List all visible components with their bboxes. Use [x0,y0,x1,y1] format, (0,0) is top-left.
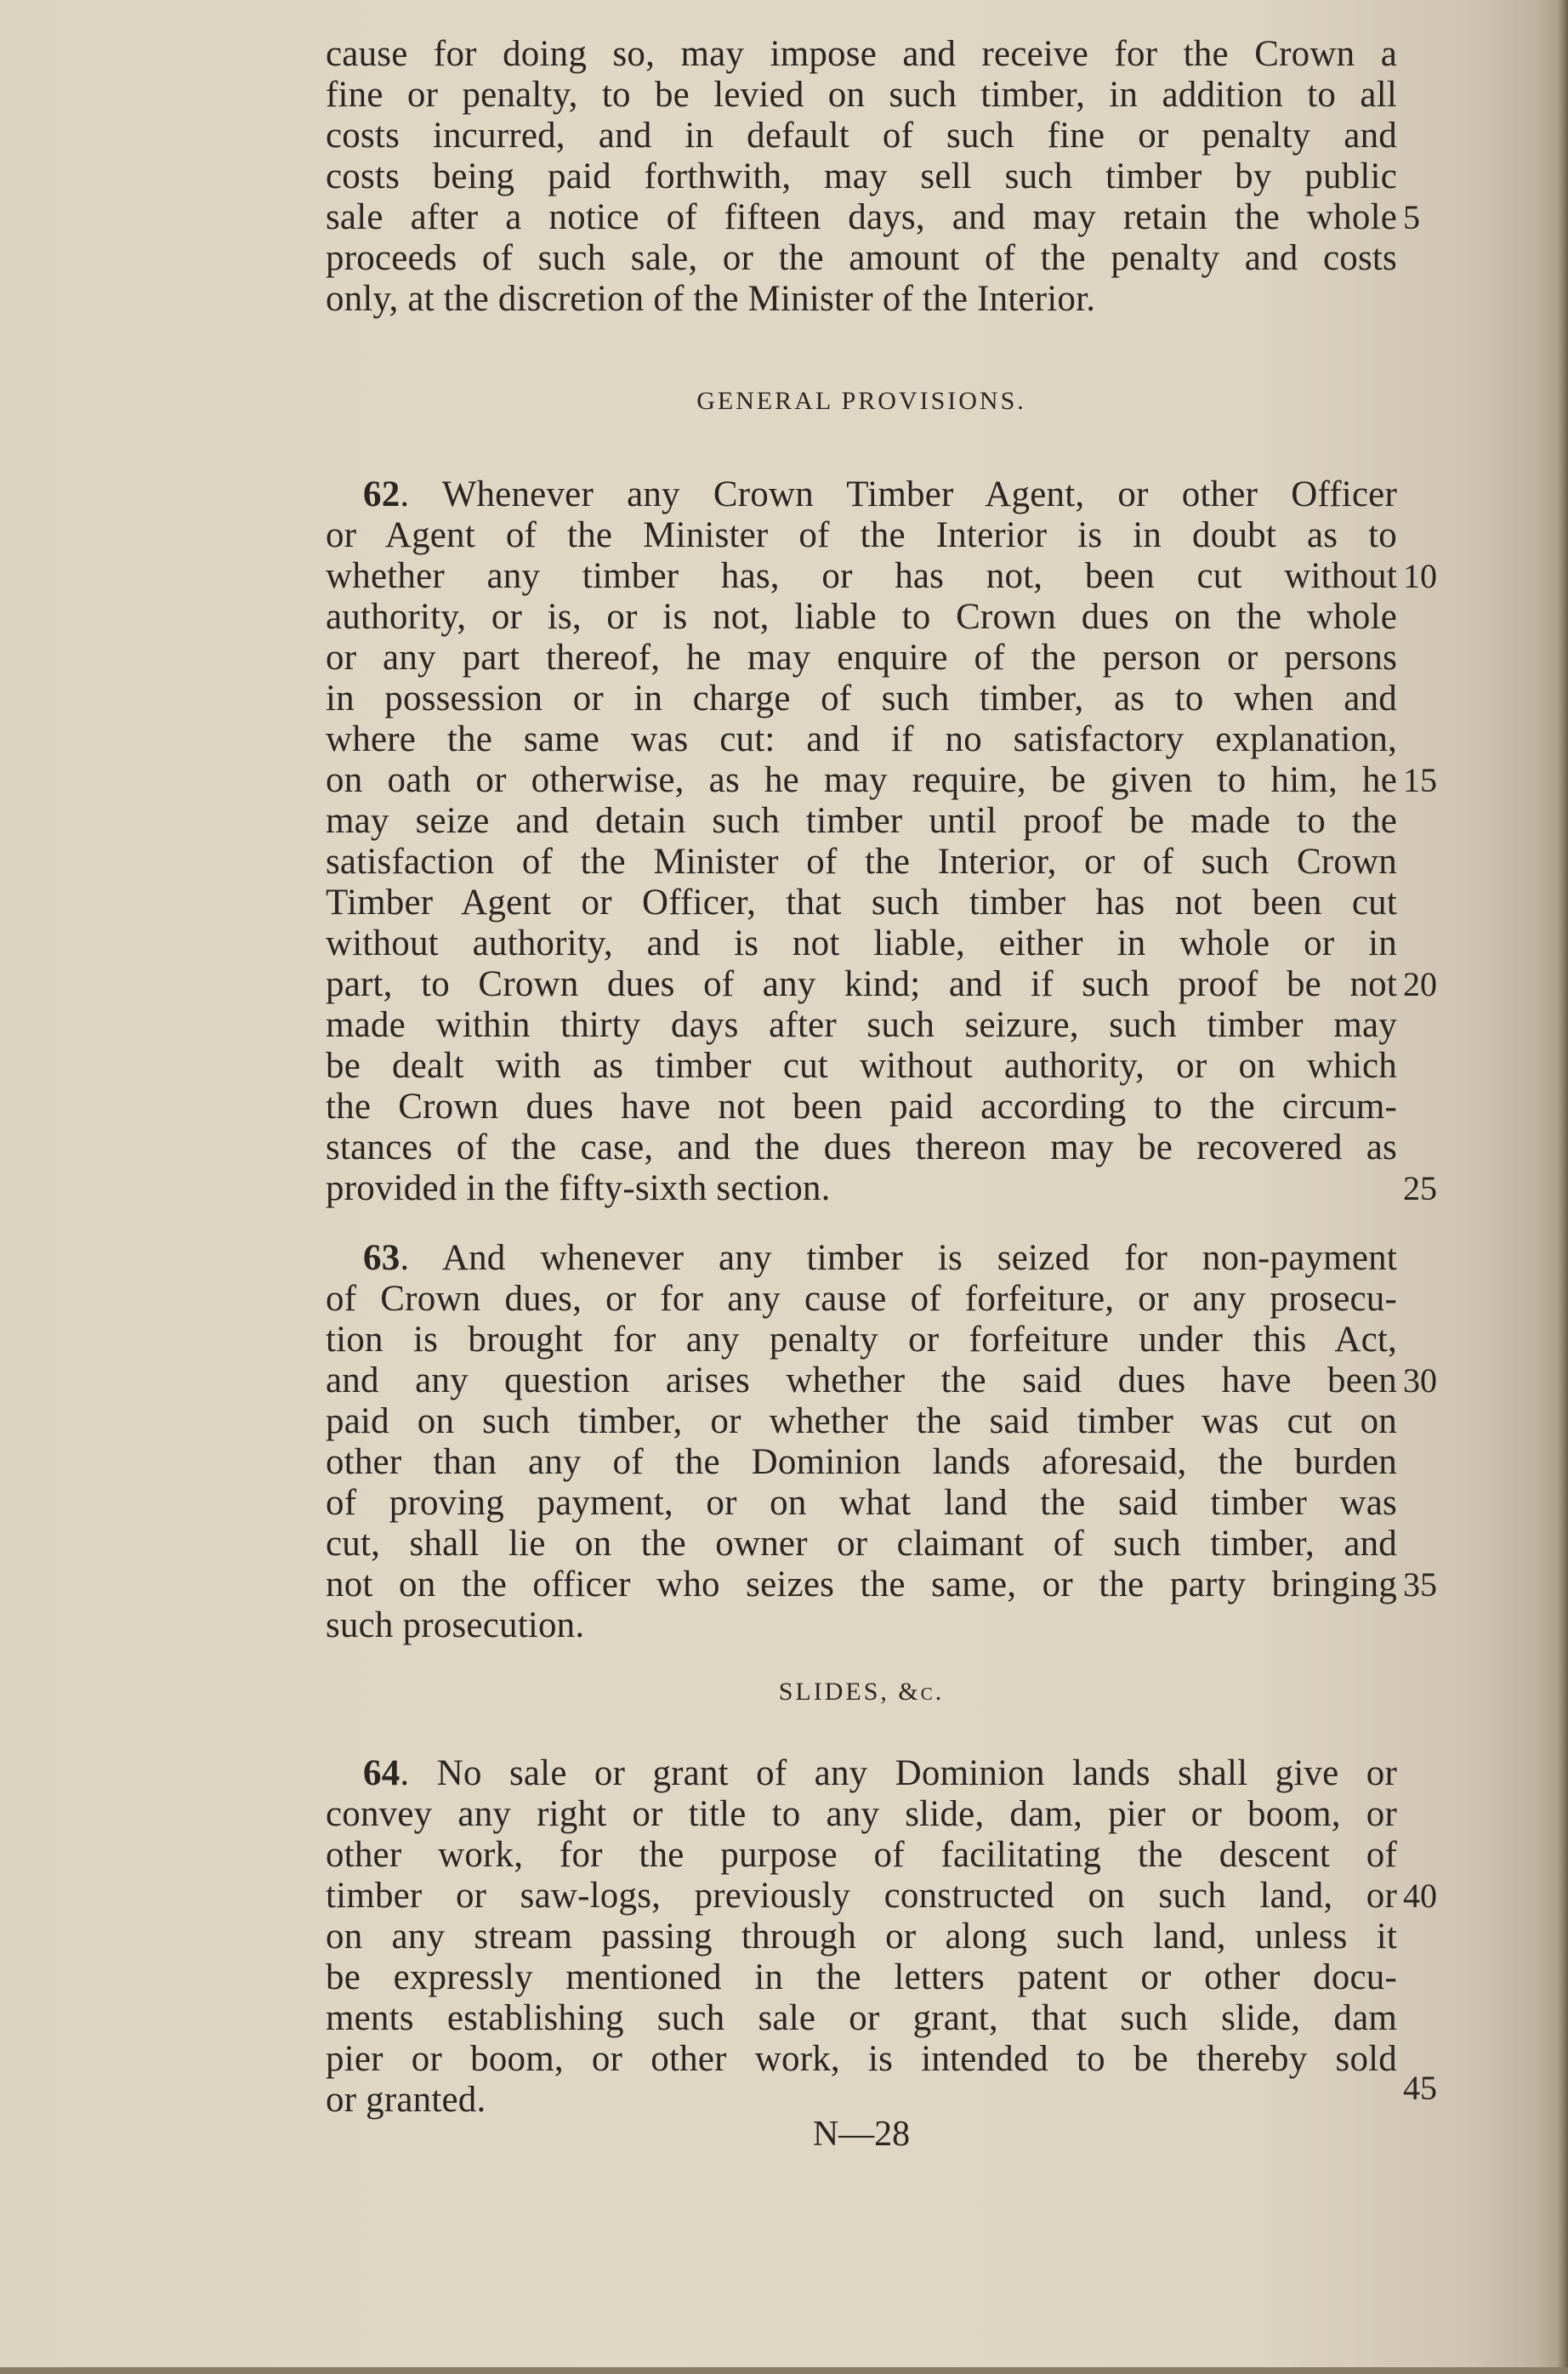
text-line: of proving payment, or on what land the … [326,1483,1397,1524]
margin-line-number: 10 [1403,556,1454,597]
section-number: 64 [363,1753,400,1793]
text-line: convey any right or title to any slide, … [326,1794,1397,1835]
text-line: such prosecution. [326,1605,1397,1646]
text-line: or any part thereof, he may enquire of t… [326,638,1397,679]
text-line: provided in the fifty-sixth section. [326,1168,1397,1209]
section-heading-slides: SLIDES, &c. [326,1675,1397,1709]
text-line: without authority, and is not liable, ei… [326,923,1397,964]
text-line: made within thirty days after such seizu… [326,1005,1397,1046]
section-number: 62 [363,474,400,514]
text-line: costs incurred, and in default of such f… [326,116,1397,156]
margin-line-number: 20 [1403,964,1454,1005]
text-line: cut, shall lie on the owner or claimant … [326,1524,1397,1565]
text-line: the Crown dues have not been paid accord… [326,1087,1397,1127]
text-line: other than any of the Dominion lands afo… [326,1442,1397,1483]
text-line: in possession or in charge of such timbe… [326,679,1397,719]
text-line: costs being paid forthwith, may sell suc… [326,156,1397,197]
text-line: Timber Agent or Officer, that such timbe… [326,883,1397,923]
text-line: fine or penalty, to be levied on such ti… [326,75,1397,116]
text-line: on oath or otherwise, as he may require,… [326,760,1397,801]
text-line: proceeds of such sale, or the amount of … [326,238,1397,279]
text-line: pier or boom, or other work, is intended… [326,2039,1397,2080]
text-line: or Agent of the Minister of the Interior… [326,515,1397,556]
text-line: not on the officer who seizes the same, … [326,1565,1397,1605]
section-number: 63 [363,1238,400,1278]
margin-line-number: 30 [1403,1360,1454,1401]
margin-line-number: 5 [1403,197,1454,238]
text-line: and any question arises whether the said… [326,1360,1397,1401]
text-line: sale after a notice of fifteen days, and… [326,197,1397,238]
page-edge-shadow [1556,0,1568,2374]
text-line: paid on such timber, or whether the said… [326,1401,1397,1442]
text-line: may seize and detain such timber until p… [326,801,1397,842]
text-line: only, at the discretion of the Minister … [326,279,1397,320]
section-first-line: 63. And whenever any timber is seized fo… [363,1238,1397,1279]
margin-line-number: 35 [1403,1565,1454,1605]
text-line: be expressly mentioned in the letters pa… [326,1957,1397,1998]
text-line: ments establishing such sale or grant, t… [326,1998,1397,2039]
page-folio: N—28 [326,2114,1397,2155]
document-page: cause for doing so, may impose and recei… [0,0,1568,2374]
text-line: other work, for the purpose of facilitat… [326,1835,1397,1876]
bottom-edge [0,2367,1568,2374]
text-line: cause for doing so, may impose and recei… [326,34,1397,75]
text-line: timber or saw-logs, previously construct… [326,1876,1397,1917]
margin-line-number: 15 [1403,760,1454,801]
text-line: where the same was cut: and if no satisf… [326,719,1397,760]
text-line: part, to Crown dues of any kind; and if … [326,964,1397,1005]
text-line: on any stream passing through or along s… [326,1917,1397,1957]
section-first-line: 64. No sale or grant of any Dominion lan… [363,1753,1397,1794]
text-line: stances of the case, and the dues thereo… [326,1127,1397,1168]
text-line: authority, or is, or is not, liable to C… [326,597,1397,638]
text-line: be dealt with as timber cut without auth… [326,1046,1397,1087]
text-line: tion is brought for any penalty or forfe… [326,1320,1397,1360]
text-line: of Crown dues, or for any cause of forfe… [326,1279,1397,1320]
section-first-line: 62. Whenever any Crown Timber Agent, or … [363,474,1397,515]
margin-line-number: 40 [1403,1876,1454,1917]
text-line: satisfaction of the Minister of the Inte… [326,842,1397,883]
margin-line-number: 25 [1403,1168,1454,1209]
text-line: whether any timber has, or has not, been… [326,556,1397,597]
section-heading-general-provisions: GENERAL PROVISIONS. [326,384,1397,418]
margin-line-number: 45 [1403,2068,1454,2109]
